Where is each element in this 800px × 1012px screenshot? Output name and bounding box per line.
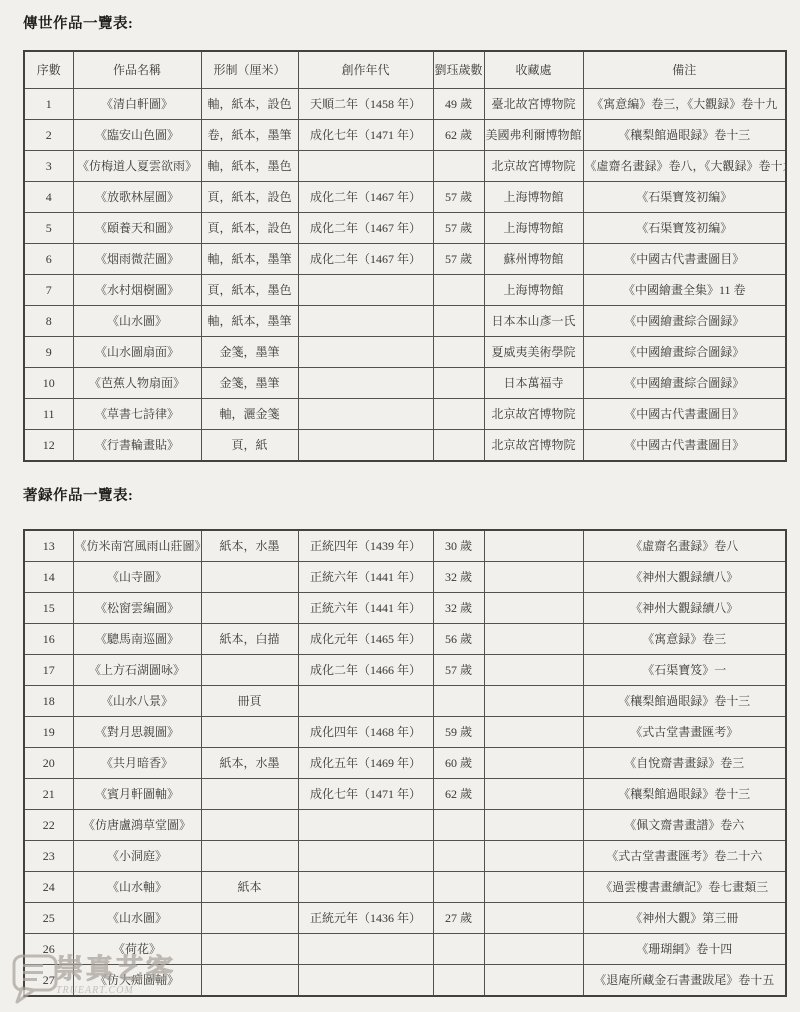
table-cell: 57 歲 [433,182,484,213]
table-cell [298,965,433,997]
table-cell [201,903,298,934]
table-cell [201,965,298,997]
table-cell: 正統元年（1436 年） [298,903,433,934]
table-cell: 14 [24,562,73,593]
table-cell: 20 [24,748,73,779]
table-row: 1《清白軒圖》軸，紙本，設色天順二年（1458 年）49 歲臺北故宮博物院《寓意… [24,89,786,120]
table-cell: 紙本，水墨 [201,530,298,562]
table-cell [201,717,298,748]
surviving-works-table: 序數作品名稱形制（厘米）創作年代劉珏歲數收藏處備注 1《清白軒圖》軸，紙本，設色… [23,50,787,462]
table-cell: 金箋，墨筆 [201,337,298,368]
table-cell [298,430,433,462]
table-cell: 6 [24,244,73,275]
table-cell [298,337,433,368]
table-cell [484,686,583,717]
table-cell: 北京故宮博物院 [484,430,583,462]
table-cell [484,872,583,903]
table-cell: 62 歲 [433,120,484,151]
table-row: 26《荷花》《珊瑚網》卷十四 [24,934,786,965]
table-cell: 62 歲 [433,779,484,810]
table-cell: 19 [24,717,73,748]
table-cell: 臺北故宮博物院 [484,89,583,120]
table-cell: 《自悅齋書畫録》卷三 [583,748,786,779]
table-cell: 上海博物館 [484,275,583,306]
table-cell: 32 歲 [433,562,484,593]
section-title-surviving-works: 傳世作品一覽表: [23,0,800,33]
table-cell [484,934,583,965]
table-cell: 《上方石湖圖咏》 [73,655,201,686]
table-row: 14《山寺圖》正統六年（1441 年）32 歲《神州大觀録續八》 [24,562,786,593]
table-cell [298,810,433,841]
table-cell [298,686,433,717]
table-cell: 夏威夷美術學院 [484,337,583,368]
table-cell [433,399,484,430]
table-cell: 正統四年（1439 年） [298,530,433,562]
table-cell [433,934,484,965]
table-cell: 17 [24,655,73,686]
table-row: 9《山水圖扇面》金箋，墨筆夏威夷美術學院《中國繪畫綜合圖録》 [24,337,786,368]
table-cell: 《仿梅道人夏雲欲雨》 [73,151,201,182]
table-cell: 27 [24,965,73,997]
table-cell: 30 歲 [433,530,484,562]
table-cell: 13 [24,530,73,562]
table-cell [484,965,583,997]
table-cell: 《穰梨館過眼録》卷十三 [583,686,786,717]
table-cell [201,934,298,965]
table-cell: 《驄馬南巡圖》 [73,624,201,655]
table-cell: 《石渠寶笈》一 [583,655,786,686]
table-cell [433,306,484,337]
table-cell: 上海博物館 [484,213,583,244]
table-cell: 《中國古代書畫圖目》 [583,399,786,430]
table-cell [433,337,484,368]
section-title-recorded-works: 著録作品一覽表: [23,462,800,505]
table-cell: 《小洞庭》 [73,841,201,872]
table-cell: 49 歲 [433,89,484,120]
table-cell: 《松窗雲編圖》 [73,593,201,624]
table-cell [298,306,433,337]
table-cell [484,748,583,779]
table-cell [433,430,484,462]
table-row: 8《山水圖》軸，紙本，墨筆日本本山彥一氏《中國繪畫綜合圖録》 [24,306,786,337]
table-row: 6《烟雨微茫圖》軸，紙本，墨筆成化二年（1467 年）57 歲蘇州博物館《中國古… [24,244,786,275]
table-cell: 《賓月軒圖軸》 [73,779,201,810]
table-cell: 成化七年（1471 年） [298,779,433,810]
table-row: 12《行書輪畫貼》頁，紙北京故宮博物院《中國古代書畫圖目》 [24,430,786,462]
table-cell: 《虛齋名畫録》卷八，《大觀録》卷十九 [583,151,786,182]
table-cell: 7 [24,275,73,306]
table-cell: 11 [24,399,73,430]
table-body: 1《清白軒圖》軸，紙本，設色天順二年（1458 年）49 歲臺北故宮博物院《寓意… [24,89,786,462]
table-cell: 《神州大觀録續八》 [583,593,786,624]
table-cell: 卷，紙本，墨筆 [201,120,298,151]
table-cell [201,655,298,686]
table-cell: 《石渠寶笈初編》 [583,182,786,213]
table-row: 3《仿梅道人夏雲欲雨》軸，紙本，墨色北京故宮博物院《虛齋名畫録》卷八，《大觀録》… [24,151,786,182]
table-cell: 日本萬福寺 [484,368,583,399]
table-row: 5《頤養天和圖》頁，紙本，設色成化二年（1467 年）57 歲上海博物館《石渠寶… [24,213,786,244]
table-cell [433,872,484,903]
table-cell: 9 [24,337,73,368]
table-cell: 60 歲 [433,748,484,779]
table-cell: 《水村烟樹圖》 [73,275,201,306]
table-cell [298,934,433,965]
table-cell: 北京故宮博物院 [484,151,583,182]
table-cell: 12 [24,430,73,462]
table-cell [433,686,484,717]
table-cell: 27 歲 [433,903,484,934]
table-cell: 《山水軸》 [73,872,201,903]
table-cell: 美國弗利爾博物館 [484,120,583,151]
table-cell [484,903,583,934]
table-cell: 軸，灑金箋 [201,399,298,430]
table-cell: 《寓意録》卷三 [583,624,786,655]
table-cell [201,841,298,872]
table-row: 15《松窗雲編圖》正統六年（1441 年）32 歲《神州大觀録續八》 [24,593,786,624]
table-cell: 成化四年（1468 年） [298,717,433,748]
table-cell: 《仿大痴圖軸》 [73,965,201,997]
table-cell: 軸，紙本，墨筆 [201,306,298,337]
column-header: 收藏處 [484,51,583,89]
table-cell [201,562,298,593]
table-cell: 《山寺圖》 [73,562,201,593]
table-cell: 《頤養天和圖》 [73,213,201,244]
table-cell [298,841,433,872]
table-cell: 蘇州博物館 [484,244,583,275]
table-cell [201,810,298,841]
table-cell [484,717,583,748]
table-cell: 《中國繪畫綜合圖録》 [583,337,786,368]
table-cell: 紙本，白描 [201,624,298,655]
table-cell: 《烟雨微茫圖》 [73,244,201,275]
table-cell: 《虛齋名畫録》卷八 [583,530,786,562]
table-cell [298,872,433,903]
column-header: 創作年代 [298,51,433,89]
table-cell [201,779,298,810]
table-cell: 《式古堂書畫匯考》 [583,717,786,748]
table-cell: 《山水圖》 [73,306,201,337]
table-header: 序數作品名稱形制（厘米）創作年代劉珏歲數收藏處備注 [24,51,786,89]
table-cell: 《共月暗香》 [73,748,201,779]
table-cell: 24 [24,872,73,903]
table-cell: 22 [24,810,73,841]
table-cell [484,810,583,841]
table-cell: 軸，紙本，墨色 [201,151,298,182]
table-cell: 《珊瑚網》卷十四 [583,934,786,965]
table-cell: 《退庵所藏金石書畫跋尾》卷十五 [583,965,786,997]
table-row: 16《驄馬南巡圖》紙本，白描成化元年（1465 年）56 歲《寓意録》卷三 [24,624,786,655]
table-cell: 紙本，水墨 [201,748,298,779]
table-row: 13《仿米南宮風雨山莊圖》紙本，水墨正統四年（1439 年）30 歲《虛齋名畫録… [24,530,786,562]
table-row: 4《放歌林屋圖》頁，紙本，設色成化二年（1467 年）57 歲上海博物館《石渠寶… [24,182,786,213]
table-cell: 頁，紙本，設色 [201,182,298,213]
column-header: 形制（厘米） [201,51,298,89]
table-cell: 成化二年（1466 年） [298,655,433,686]
table-cell: 上海博物館 [484,182,583,213]
table-cell: 《穰梨館過眼録》卷十三 [583,779,786,810]
table-cell: 15 [24,593,73,624]
column-header: 序數 [24,51,73,89]
table-cell: 《神州大觀》第三冊 [583,903,786,934]
table-row: 24《山水軸》紙本《過雲樓書畫續記》卷七畫類三 [24,872,786,903]
table-cell: 26 [24,934,73,965]
table-cell [484,624,583,655]
table-cell: 57 歲 [433,244,484,275]
table-cell: 《山水圖》 [73,903,201,934]
table-cell: 《中國繪畫綜合圖録》 [583,368,786,399]
table-cell: 1 [24,89,73,120]
table-cell: 天順二年（1458 年） [298,89,433,120]
table-cell: 日本本山彥一氏 [484,306,583,337]
table-cell: 冊頁 [201,686,298,717]
table-cell [484,530,583,562]
table-cell: 《山水八景》 [73,686,201,717]
table-row: 20《共月暗香》紙本，水墨成化五年（1469 年）60 歲《自悅齋書畫録》卷三 [24,748,786,779]
table-cell: 57 歲 [433,655,484,686]
table-cell: 《臨安山色圖》 [73,120,201,151]
table-cell: 紙本 [201,872,298,903]
table-cell: 《中國繪畫綜合圖録》 [583,306,786,337]
document-page: 傳世作品一覽表: 序數作品名稱形制（厘米）創作年代劉珏歲數收藏處備注 1《清白軒… [0,0,800,1012]
table-cell: 軸，紙本，設色 [201,89,298,120]
table-cell: 23 [24,841,73,872]
table-cell: 《中國古代書畫圖目》 [583,244,786,275]
table-cell: 北京故宮博物院 [484,399,583,430]
table-cell: 10 [24,368,73,399]
table-cell: 成化七年（1471 年） [298,120,433,151]
table-cell: 《仿唐盧鴻草堂圖》 [73,810,201,841]
table-cell: 3 [24,151,73,182]
table-cell [484,562,583,593]
table-cell: 21 [24,779,73,810]
table-cell: 《荷花》 [73,934,201,965]
table-cell: 《草書七詩律》 [73,399,201,430]
table-row: 25《山水圖》正統元年（1436 年）27 歲《神州大觀》第三冊 [24,903,786,934]
table-row: 27《仿大痴圖軸》《退庵所藏金石書畫跋尾》卷十五 [24,965,786,997]
table-cell: 金箋，墨筆 [201,368,298,399]
table-cell: 《仿米南宮風雨山莊圖》 [73,530,201,562]
table-cell: 成化五年（1469 年） [298,748,433,779]
table-cell: 32 歲 [433,593,484,624]
table-cell: 成化二年（1467 年） [298,244,433,275]
table-cell: 《行書輪畫貼》 [73,430,201,462]
header-row: 序數作品名稱形制（厘米）創作年代劉珏歲數收藏處備注 [24,51,786,89]
table-cell [433,151,484,182]
table-cell: 正統六年（1441 年） [298,593,433,624]
table-cell: 頁，紙本，設色 [201,213,298,244]
table-cell: 成化元年（1465 年） [298,624,433,655]
table-cell [484,593,583,624]
table-cell [298,151,433,182]
table-row: 21《賓月軒圖軸》成化七年（1471 年）62 歲《穰梨館過眼録》卷十三 [24,779,786,810]
table-row: 11《草書七詩律》軸，灑金箋北京故宮博物院《中國古代書畫圖目》 [24,399,786,430]
table-cell [433,368,484,399]
table-cell: 《中國古代書畫圖目》 [583,430,786,462]
table-cell: 4 [24,182,73,213]
table-row: 23《小洞庭》《式古堂書畫匯考》卷二十六 [24,841,786,872]
table-row: 22《仿唐盧鴻草堂圖》《佩文齋書畫譜》卷六 [24,810,786,841]
table-body: 13《仿米南宮風雨山莊圖》紙本，水墨正統四年（1439 年）30 歲《虛齋名畫録… [24,530,786,996]
table-cell: 16 [24,624,73,655]
table-cell: 《神州大觀録續八》 [583,562,786,593]
table-cell [433,810,484,841]
table-row: 7《水村烟樹圖》頁，紙本，墨色上海博物館《中國繪畫全集》11 卷 [24,275,786,306]
column-header: 備注 [583,51,786,89]
table-cell: 成化二年（1467 年） [298,213,433,244]
table-cell: 《清白軒圖》 [73,89,201,120]
table-cell: 《穰梨館過眼録》卷十三 [583,120,786,151]
table-cell [433,841,484,872]
table-row: 10《芭蕉人物扇面》金箋，墨筆日本萬福寺《中國繪畫綜合圖録》 [24,368,786,399]
table-cell: 《過雲樓書畫續記》卷七畫類三 [583,872,786,903]
table-cell: 《山水圖扇面》 [73,337,201,368]
table-cell [298,275,433,306]
table-cell: 《式古堂書畫匯考》卷二十六 [583,841,786,872]
table-cell: 《寓意編》卷三，《大觀録》卷十九 [583,89,786,120]
table-cell: 25 [24,903,73,934]
table-cell: 頁，紙本，墨色 [201,275,298,306]
table-cell [298,399,433,430]
table-cell [484,779,583,810]
table-cell: 5 [24,213,73,244]
table-cell: 56 歲 [433,624,484,655]
table-cell [201,593,298,624]
table-cell: 2 [24,120,73,151]
table-cell: 59 歲 [433,717,484,748]
table-cell: 《放歌林屋圖》 [73,182,201,213]
table-cell: 正統六年（1441 年） [298,562,433,593]
table-cell: 頁，紙 [201,430,298,462]
table-cell: 成化二年（1467 年） [298,182,433,213]
table-cell: 8 [24,306,73,337]
table-cell [484,841,583,872]
table-row: 19《對月思親圖》成化四年（1468 年）59 歲《式古堂書畫匯考》 [24,717,786,748]
table-cell [484,655,583,686]
column-header: 作品名稱 [73,51,201,89]
table-row: 2《臨安山色圖》卷，紙本，墨筆成化七年（1471 年）62 歲美國弗利爾博物館《… [24,120,786,151]
table-row: 18《山水八景》冊頁《穰梨館過眼録》卷十三 [24,686,786,717]
table-cell: 《中國繪畫全集》11 卷 [583,275,786,306]
table-cell: 57 歲 [433,213,484,244]
table-cell: 18 [24,686,73,717]
table-cell: 《芭蕉人物扇面》 [73,368,201,399]
table-cell: 《石渠寶笈初編》 [583,213,786,244]
column-header: 劉珏歲數 [433,51,484,89]
table-cell [433,965,484,997]
table-cell: 《對月思親圖》 [73,717,201,748]
table-cell [298,368,433,399]
table-cell: 《佩文齋書畫譜》卷六 [583,810,786,841]
table-row: 17《上方石湖圖咏》成化二年（1466 年）57 歲《石渠寶笈》一 [24,655,786,686]
table-cell [433,275,484,306]
recorded-works-table: 13《仿米南宮風雨山莊圖》紙本，水墨正統四年（1439 年）30 歲《虛齋名畫録… [23,529,787,997]
table-cell: 軸，紙本，墨筆 [201,244,298,275]
